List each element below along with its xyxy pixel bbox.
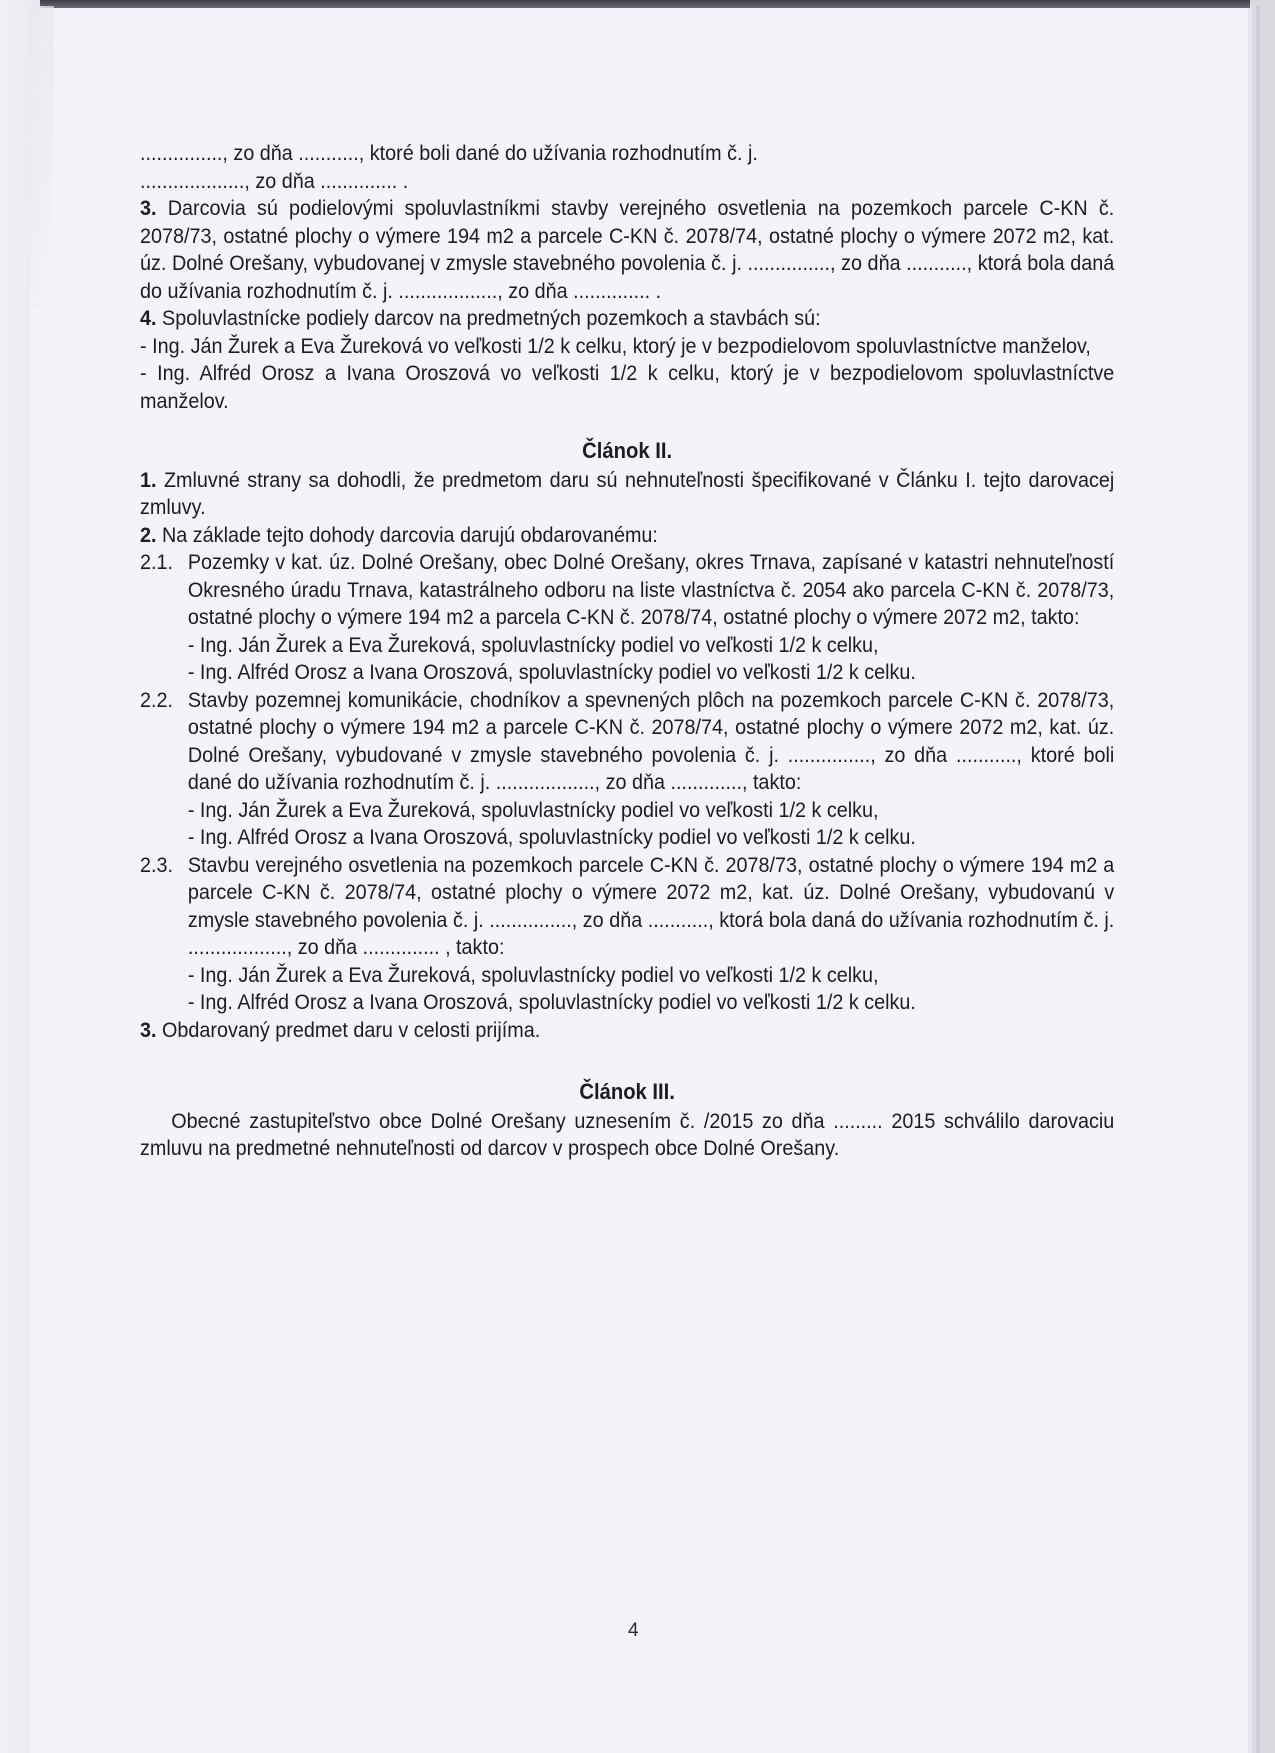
- subitem-number: 2.2.: [140, 687, 188, 852]
- subitem-2-3: 2.3. Stavbu verejného osvetlenia na poze…: [140, 852, 1114, 1017]
- co-owner-share: - Ing. Alfréd Orosz a Ivana Oroszová, sp…: [188, 824, 1114, 852]
- co-owner-entry: - Ing. Alfréd Orosz a Ivana Oroszová vo …: [140, 360, 1114, 415]
- subitem-number: 2.1.: [140, 549, 188, 687]
- continuation-line-1: ..............., zo dňa ..........., kto…: [140, 140, 1114, 168]
- item-text: Darcovia sú podielovými spoluvlastníkmi …: [140, 196, 1114, 303]
- article-2-heading: Článok II.: [140, 437, 1114, 465]
- co-owner-share: - Ing. Alfréd Orosz a Ivana Oroszová, sp…: [188, 989, 1114, 1017]
- article-3-heading: Článok III.: [140, 1078, 1114, 1106]
- article2-item-3: 3. Obdarovaný predmet daru v celosti pri…: [140, 1017, 1114, 1045]
- article1-item-4: 4. Spoluvlastnícke podiely darcov na pre…: [140, 305, 1114, 333]
- subitem-number: 2.3.: [140, 852, 188, 1017]
- page-number: 4: [628, 1620, 639, 1642]
- co-owner-share: - Ing. Alfréd Orosz a Ivana Oroszová, sp…: [188, 659, 1114, 687]
- co-owner-share: - Ing. Ján Žurek a Eva Žureková, spoluvl…: [188, 962, 1114, 990]
- article3-text: Obecné zastupiteľstvo obce Dolné Orešany…: [140, 1108, 1114, 1163]
- scan-background-top: [40, 0, 1250, 8]
- page-fold-shadow: [30, 6, 54, 306]
- item-text: Zmluvné strany sa dohodli, že predmetom …: [140, 468, 1114, 520]
- item-text: Spoluvlastnícke podiely darcov na predme…: [162, 306, 821, 330]
- article2-item-1: 1. Zmluvné strany sa dohodli, že predmet…: [140, 467, 1114, 522]
- subitem-2-2: 2.2. Stavby pozemnej komunikácie, chodní…: [140, 687, 1114, 852]
- item-text: Na základe tejto dohody darcovia darujú …: [162, 523, 658, 547]
- subitem-text: Stavby pozemnej komunikácie, chodníkov a…: [188, 687, 1114, 797]
- item-number: 3.: [140, 196, 157, 220]
- item-number: 4.: [140, 306, 157, 330]
- article2-item-2: 2. Na základe tejto dohody darcovia daru…: [140, 522, 1114, 550]
- continuation-line-2: ..................., zo dňa ............…: [140, 168, 1114, 196]
- article1-item-3: 3. Darcovia sú podielovými spoluvlastník…: [140, 195, 1114, 305]
- subitem-text: Pozemky v kat. úz. Dolné Orešany, obec D…: [188, 549, 1114, 632]
- subitem-2-1: 2.1. Pozemky v kat. úz. Dolné Orešany, o…: [140, 549, 1114, 687]
- co-owner-share: - Ing. Ján Žurek a Eva Žureková, spoluvl…: [188, 632, 1114, 660]
- co-owner-share: - Ing. Ján Žurek a Eva Žureková, spoluvl…: [188, 797, 1114, 825]
- document-body: ..............., zo dňa ..........., kto…: [140, 140, 1036, 1163]
- co-owner-entry: - Ing. Ján Žurek a Eva Žureková vo veľko…: [140, 333, 1114, 361]
- item-number: 1.: [140, 468, 157, 492]
- item-text: Obdarovaný predmet daru v celosti prijím…: [162, 1018, 540, 1042]
- item-number: 3.: [140, 1018, 157, 1042]
- subitem-text: Stavbu verejného osvetlenia na pozemkoch…: [188, 852, 1114, 962]
- item-number: 2.: [140, 523, 157, 547]
